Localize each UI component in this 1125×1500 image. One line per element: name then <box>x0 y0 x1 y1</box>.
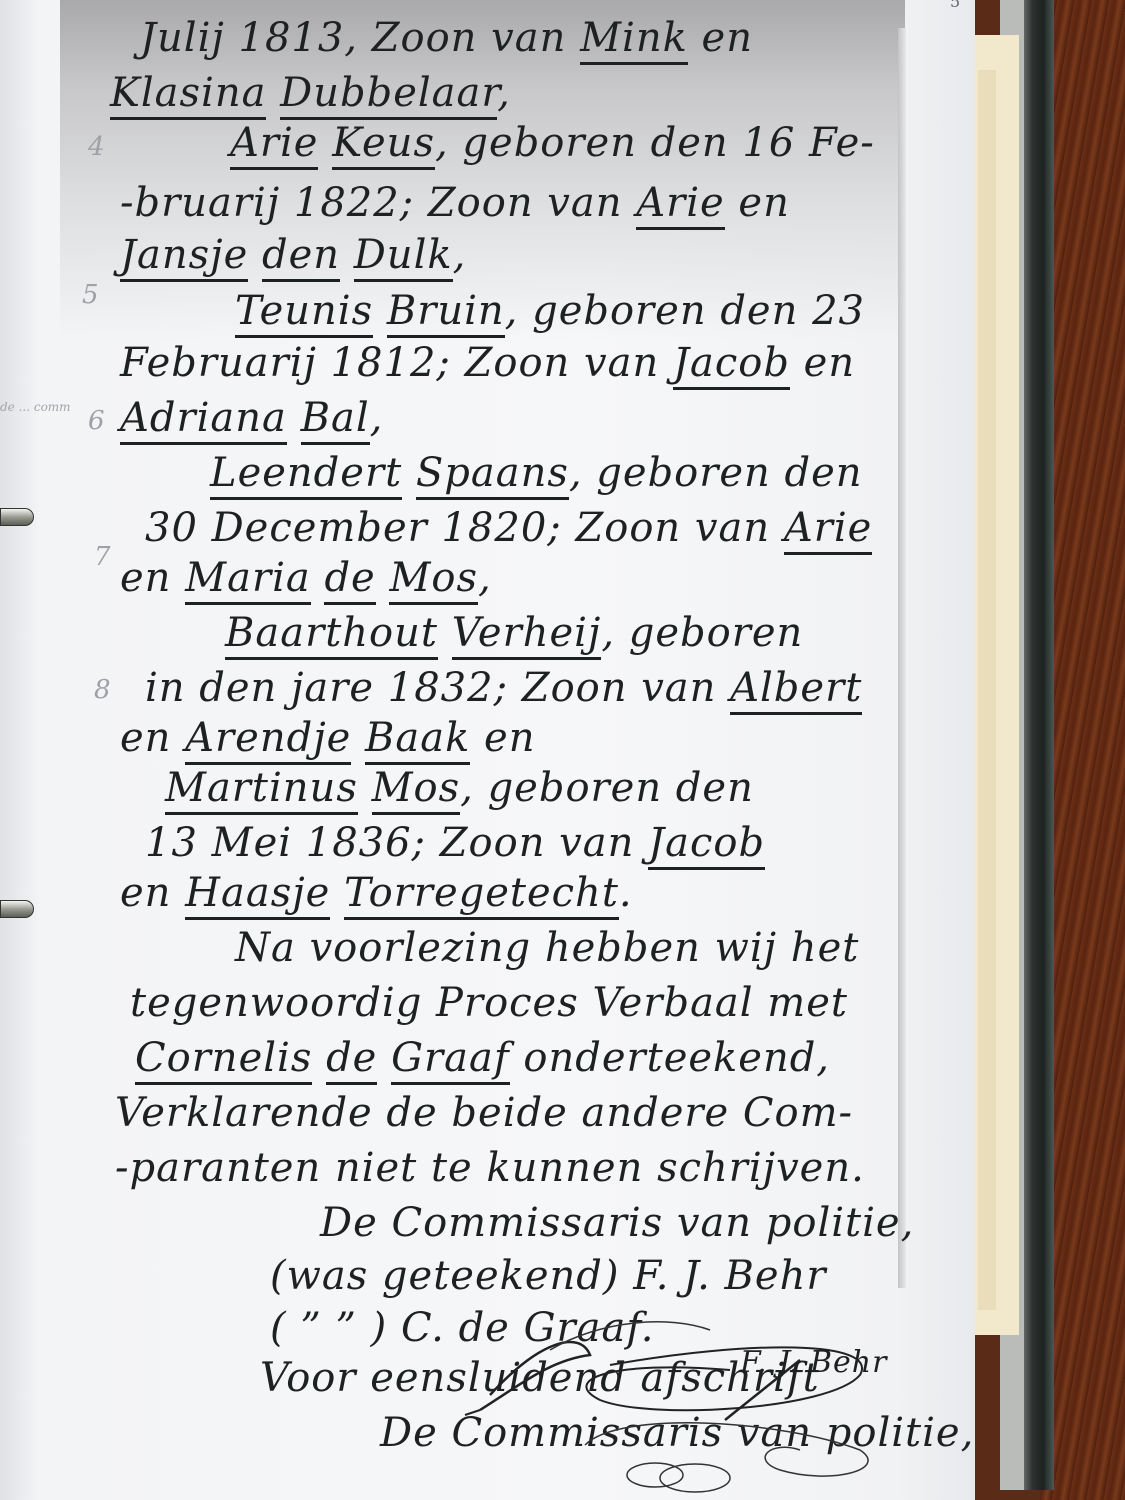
handwritten-line: Verklarende de beide andere Com- <box>115 1090 853 1136</box>
text-run: , <box>497 70 511 116</box>
text-run: , <box>478 555 492 601</box>
margin-number: 8 <box>94 675 111 705</box>
handwritten-line: en Haasje Torregetecht. <box>120 870 633 916</box>
text-run: Verklarende de beide andere Com- <box>115 1090 853 1136</box>
text-run: en <box>120 555 185 601</box>
text-run <box>402 450 416 496</box>
handwritten-line: Na voorlezing hebben wij het <box>235 925 859 971</box>
text-run <box>373 288 387 334</box>
signature-flourish <box>450 1300 910 1500</box>
underlined-name: Bal <box>301 395 370 445</box>
underlined-name: Arie <box>784 505 872 555</box>
margin-number: 5 <box>82 280 99 310</box>
handwritten-line: Leendert Spaans, geboren den <box>210 450 863 496</box>
text-run: tegenwoordig Proces Verbaal met <box>130 980 848 1026</box>
text-run <box>311 555 325 601</box>
text-run <box>351 715 365 761</box>
underlined-name: Haasje <box>185 870 330 920</box>
margin-number: 4 <box>88 132 105 162</box>
underlined-name: Mos <box>389 555 478 605</box>
underlined-name: Baarthout <box>225 610 438 660</box>
text-run: (was geteekend) F. J. Behr <box>270 1253 827 1299</box>
text-run <box>438 610 452 656</box>
text-run: en <box>725 180 790 226</box>
binder-ring-lower <box>0 900 34 918</box>
text-run: De Commissaris van politie, <box>320 1200 914 1246</box>
handwritten-line: tegenwoordig Proces Verbaal met <box>130 980 848 1026</box>
text-run <box>312 1035 326 1081</box>
text-run: Na voorlezing hebben wij het <box>235 925 859 971</box>
handwritten-line: Adriana Bal, <box>120 395 383 441</box>
text-run: 30 December 1820; Zoon van <box>145 505 784 551</box>
handwritten-line: 30 December 1820; Zoon van Arie <box>145 505 872 551</box>
text-run: , geboren den 23 <box>505 288 865 334</box>
text-run: , geboren den <box>569 450 863 496</box>
handwritten-line: Februarij 1812; Zoon van Jacob en <box>120 340 855 386</box>
text-run: , geboren <box>601 610 803 656</box>
handwritten-line: Cornelis de Graaf onderteekend, <box>135 1035 830 1081</box>
underlined-name: Arie <box>230 120 318 170</box>
text-run <box>266 70 280 116</box>
handwritten-line: Klasina Dubbelaar, <box>110 70 511 116</box>
text-run: , geboren den 16 Fe- <box>435 120 875 166</box>
underlined-name: Verheij <box>452 610 602 660</box>
handwritten-line: Arie Keus, geboren den 16 Fe- <box>230 120 875 166</box>
underlined-name: Dulk <box>354 232 453 282</box>
text-run <box>318 120 332 166</box>
text-run: en <box>120 715 185 761</box>
binder-ring-upper <box>0 508 34 526</box>
text-run: 13 Mei 1836; Zoon van <box>145 820 648 866</box>
underlined-name: Graaf <box>391 1035 510 1085</box>
signature-name: F. J. Behr <box>740 1345 887 1380</box>
underlined-name: Arie <box>636 180 724 230</box>
underlined-name: Jacob <box>673 340 790 390</box>
handwritten-line: -paranten niet te kunnen schrijven. <box>115 1145 865 1191</box>
handwritten-line: De Commissaris van politie, <box>320 1200 914 1246</box>
underlying-cream-page-inner <box>978 70 996 1310</box>
text-run: -paranten niet te kunnen schrijven. <box>115 1145 865 1191</box>
underlined-name: de <box>326 1035 377 1085</box>
underlined-name: Spaans <box>416 450 569 500</box>
handwritten-line: en Arendje Baak en <box>120 715 535 761</box>
handwritten-line: (was geteekend) F. J. Behr <box>270 1253 827 1299</box>
margin-number: 7 <box>94 542 111 572</box>
margin-number: 6 <box>88 406 105 436</box>
text-run <box>330 870 344 916</box>
text-run <box>340 232 354 278</box>
handwritten-line: -bruarij 1822; Zoon van Arie en <box>120 180 790 226</box>
underlined-name: Maria <box>185 555 311 605</box>
underlined-name: den <box>262 232 340 282</box>
underlined-name: Mos <box>372 765 461 815</box>
document-sheet: 5 de ... comm 4 5 6 7 8 Julij 1813, Zoon… <box>0 0 975 1500</box>
photocopy-edge <box>898 28 906 1288</box>
text-run: , geboren den <box>460 765 754 811</box>
underlined-name: Cornelis <box>135 1035 312 1085</box>
text-run: . <box>619 870 633 916</box>
underlined-name: Torregetecht <box>344 870 619 920</box>
underlined-name: Jacob <box>648 820 765 870</box>
text-run <box>287 395 301 441</box>
text-run: -bruarij 1822; Zoon van <box>120 180 636 226</box>
text-run: en <box>470 715 535 761</box>
text-run: Februarij 1812; Zoon van <box>120 340 673 386</box>
underlined-name: Jansje <box>120 232 248 282</box>
underlined-name: Adriana <box>120 395 287 445</box>
underlined-name: Martinus <box>165 765 358 815</box>
handwritten-line: 13 Mei 1836; Zoon van Jacob <box>145 820 765 866</box>
underlined-name: Arendje <box>185 715 351 765</box>
text-run <box>377 1035 391 1081</box>
text-run: en <box>688 15 753 61</box>
handwritten-line: Baarthout Verheij, geboren <box>225 610 803 656</box>
text-run: en <box>790 340 855 386</box>
text-run <box>376 555 390 601</box>
underlined-name: Klasina <box>110 70 266 120</box>
underlined-name: Teunis <box>235 288 373 338</box>
text-run: , <box>453 232 467 278</box>
handwritten-line: in den jare 1832; Zoon van Albert <box>145 665 862 711</box>
underlined-name: Mink <box>580 15 688 65</box>
text-run: onderteekend, <box>510 1035 830 1081</box>
underlined-name: Baak <box>365 715 470 765</box>
underlined-name: de <box>324 555 375 605</box>
handwritten-line: en Maria de Mos, <box>120 555 492 601</box>
underlined-name: Bruin <box>387 288 505 338</box>
underlined-name: Dubbelaar <box>280 70 497 120</box>
handwritten-line: Julij 1813, Zoon van Mink en <box>140 15 753 61</box>
text-run <box>358 765 372 811</box>
margin-note: de ... comm <box>0 400 71 414</box>
text-run: en <box>120 870 185 916</box>
underlined-name: Keus <box>332 120 435 170</box>
text-run: , <box>370 395 384 441</box>
page-number: 5 <box>950 0 960 11</box>
underlined-name: Albert <box>730 665 862 715</box>
underlined-name: Leendert <box>210 450 402 500</box>
handwritten-line: Martinus Mos, geboren den <box>165 765 754 811</box>
handwritten-line: Jansje den Dulk, <box>120 232 466 278</box>
text-run: Julij 1813, Zoon van <box>140 15 580 61</box>
text-run <box>248 232 262 278</box>
text-run: in den jare 1832; Zoon van <box>145 665 730 711</box>
handwritten-line: Teunis Bruin, geboren den 23 <box>235 288 865 334</box>
